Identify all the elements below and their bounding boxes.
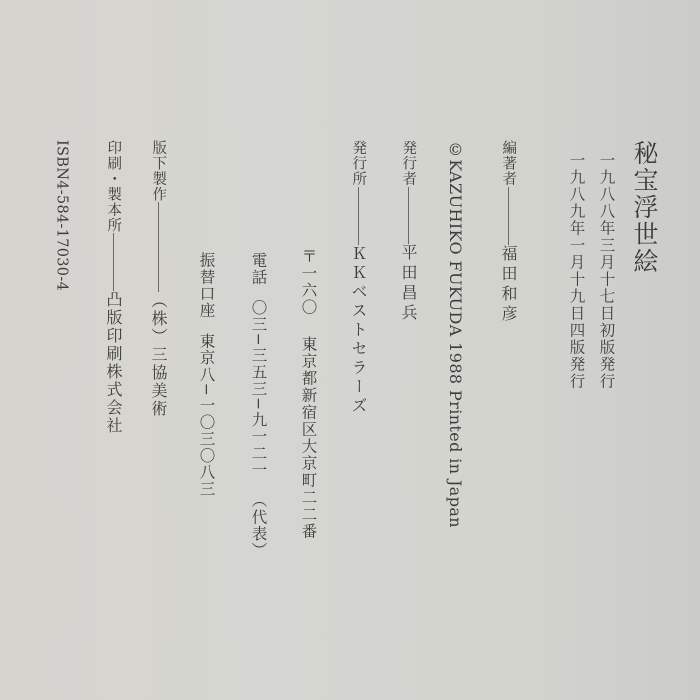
phone-line: 電話〇三−三五三−九一二一（代表） — [250, 252, 266, 559]
leader-rule — [158, 202, 159, 292]
publishing-house-label: 発行所 — [351, 140, 366, 187]
printing-credit: 印刷・製本所 凸版印刷株式会社 — [105, 140, 121, 435]
book-title: 秘宝浮世絵 — [632, 140, 657, 275]
leader-rule — [358, 187, 359, 245]
platemaking-credit: 版下製作 （株）三協美術 — [150, 140, 166, 418]
copyright-line: ©KAZUHIKO FUKUDA 1988 Printed in Japan — [447, 140, 463, 528]
phone-note: （代表） — [250, 492, 266, 559]
postal-code: 〒一六〇 — [300, 248, 316, 316]
editor-credit: 編著者 福田和彦 — [500, 140, 516, 325]
publishing-house-credit: 発行所 ＫＫベストセラーズ — [350, 140, 366, 416]
leader-rule — [408, 187, 409, 244]
publisher-address: 〒一六〇東京都新宿区大京町二二番 — [300, 248, 316, 540]
fourth-edition-date: 一九八九年一月十九日四版発行 — [568, 152, 584, 390]
colophon-page: 秘宝浮世絵 一九八八年三月十七日初版発行 一九八九年一月十九日四版発行 編著者 … — [0, 0, 700, 700]
transfer-account-number: 東京八−一〇三〇八三 — [198, 333, 216, 498]
leader-rule — [508, 187, 509, 245]
publishing-house-name: ＫＫベストセラーズ — [350, 245, 366, 416]
publisher-credit: 発行者 平田昌兵 — [400, 140, 416, 324]
phone-number: 〇三−三五三−九一二一 — [250, 299, 268, 478]
platemaking-company: （株）三協美術 — [150, 292, 166, 418]
street-address: 東京都新宿区大京町二二番 — [300, 336, 318, 540]
first-edition-date: 一九八八年三月十七日初版発行 — [598, 152, 614, 390]
publisher-label: 発行者 — [401, 140, 416, 187]
editor-name: 福田和彦 — [500, 245, 516, 325]
editor-label: 編著者 — [501, 140, 516, 187]
platemaking-label: 版下製作 — [151, 140, 166, 202]
isbn: ISBN4-584-17030-4 — [54, 140, 69, 291]
phone-label: 電話 — [250, 252, 266, 285]
leader-rule — [113, 233, 114, 291]
transfer-account-line: 振替口座東京八−一〇三〇八三 — [198, 252, 214, 497]
printing-label: 印刷・製本所 — [106, 140, 121, 233]
transfer-account-label: 振替口座 — [198, 252, 214, 319]
publisher-name: 平田昌兵 — [400, 244, 416, 324]
printing-company: 凸版印刷株式会社 — [105, 291, 121, 435]
